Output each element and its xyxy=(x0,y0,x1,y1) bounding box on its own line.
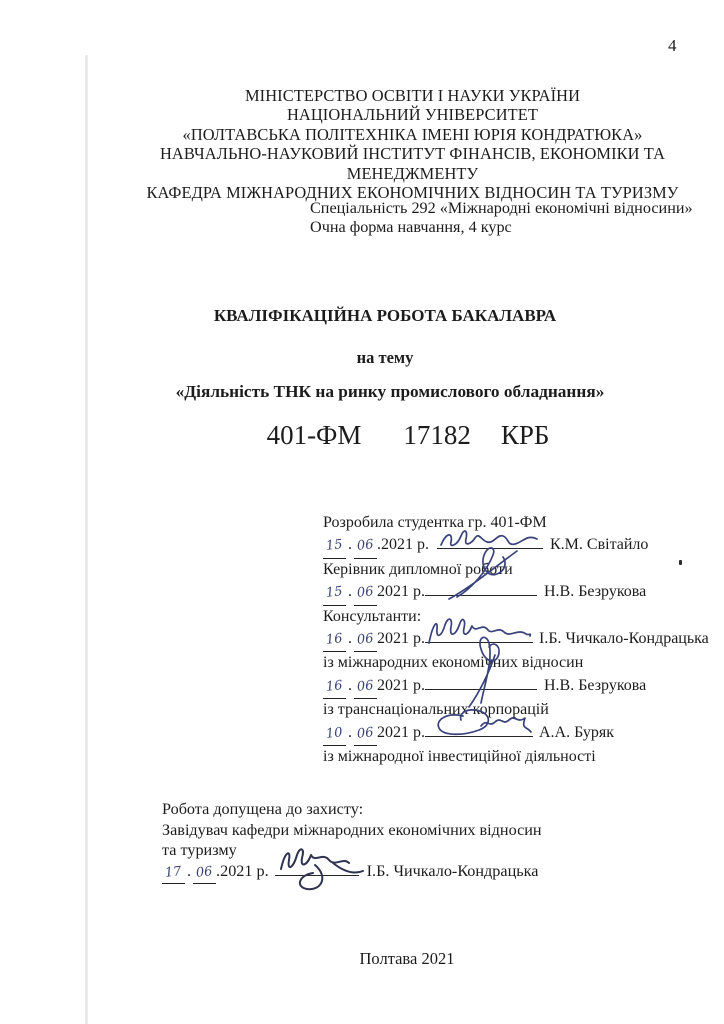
printed-year: .2021 р. xyxy=(216,862,269,880)
study-form-line: Очна форма навчання, 4 курс xyxy=(310,218,693,237)
work-type-code: КРБ xyxy=(501,420,550,450)
consultant1-name: І.Б. Чичкало-Кондрацька xyxy=(539,630,709,647)
printed-year: 2021 р. xyxy=(377,630,425,647)
handwritten-day: 10 xyxy=(323,722,346,746)
specialty-block: Спеціальність 292 «Міжнародні економічні… xyxy=(310,199,693,238)
page-number: 4 xyxy=(668,36,677,56)
handwritten-day: 16 xyxy=(323,675,346,699)
printed-year: .2021 р. xyxy=(377,536,429,553)
handwritten-month: 06 xyxy=(354,534,377,558)
approver-signature-row: 17.06.2021 р.І.Б. Чичкало-Кондрацька xyxy=(162,861,542,885)
header-line-university: НАЦІОНАЛЬНИЙ УНІВЕРСИТЕТ xyxy=(130,105,695,124)
developer-signature-row: 15.06.2021 р.К.М. Світайло xyxy=(323,534,709,558)
header-line-institute: НАВЧАЛЬНО-НАУКОВИЙ ІНСТИТУТ ФІНАНСІВ, ЕК… xyxy=(130,144,695,163)
printed-year: 2021 р. xyxy=(377,583,425,600)
handwritten-month: 06 xyxy=(354,722,377,746)
thesis-topic: «Діяльність ТНК на ринку промислового об… xyxy=(100,382,680,402)
specialty-line: Спеціальність 292 «Міжнародні економічні… xyxy=(310,199,693,218)
signature-line xyxy=(425,638,533,643)
admission-line-3: та туризму xyxy=(162,840,542,861)
work-type-title: КВАЛІФІКАЦІЙНА РОБОТА БАКАЛАВРА xyxy=(100,306,670,326)
document-page: 4 МІНІСТЕРСТВО ОСВІТИ І НАУКИ УКРАЇНИ НА… xyxy=(0,0,724,1024)
header-line-ministry: МІНІСТЕРСТВО ОСВІТИ І НАУКИ УКРАЇНИ xyxy=(130,86,695,105)
topic-preposition: на тему xyxy=(100,348,670,368)
handwritten-day: 15 xyxy=(323,534,346,558)
consultant3-signature-row: 10.062021 р.А.А. Буряк xyxy=(323,722,709,746)
handwritten-month: 06 xyxy=(354,628,377,652)
developer-label: Розробила студентка гр. 401-ФМ xyxy=(323,512,709,534)
handwritten-day: 17 xyxy=(162,861,185,885)
handwritten-month: 06 xyxy=(193,861,216,885)
printed-year: 2021 р. xyxy=(377,677,425,694)
consultant2-name: Н.В. Безрукова xyxy=(544,677,646,694)
consultant3-name: А.А. Буряк xyxy=(539,724,614,741)
signatures-block: Розробила студентка гр. 401-ФМ 15.06.202… xyxy=(323,512,709,768)
developer-name: К.М. Світайло xyxy=(550,536,648,553)
record-number: 17182 xyxy=(403,420,471,450)
admission-line-2: Завідувач кафедри міжнародних економічни… xyxy=(162,820,542,841)
approver-name: І.Б. Чичкало-Кондрацька xyxy=(367,862,539,880)
header-line-institute-2: МЕНЕДЖМЕНТУ xyxy=(130,164,695,183)
header-line-university-name: «ПОЛТАВСЬКА ПОЛІТЕХНІКА ІМЕНІ ЮРІЯ КОНДР… xyxy=(130,125,695,144)
scan-fold-artifact xyxy=(85,55,88,1024)
group-code: 401-ФМ xyxy=(267,420,362,450)
signature-line xyxy=(425,685,537,690)
consultant1-subject: із міжнародних економічних відносин xyxy=(323,652,709,674)
city-year-footer: Полтава 2021 xyxy=(90,949,724,969)
consultants-label: Консультанти: xyxy=(323,606,709,628)
supervisor-signature-row: 15.062021 р.Н.В. Безрукова xyxy=(323,581,709,605)
printed-year: 2021 р. xyxy=(377,724,425,741)
university-header: МІНІСТЕРСТВО ОСВІТИ І НАУКИ УКРАЇНИ НАЦІ… xyxy=(130,86,695,202)
consultant3-subject: із міжнародної інвестиційної діяльності xyxy=(323,746,709,768)
consultant2-signature-row: 16.062021 р.Н.В. Безрукова xyxy=(323,675,709,699)
admission-line-1: Робота допущена до захисту: xyxy=(162,799,542,820)
signature-line xyxy=(437,544,543,549)
handwritten-day: 15 xyxy=(323,581,346,605)
consultant1-signature-row: 16.062021 р.І.Б. Чичкало-Кондрацька xyxy=(323,628,709,652)
signature-line xyxy=(275,871,359,876)
signature-line xyxy=(425,732,533,737)
signature-line xyxy=(425,591,537,596)
handwritten-day: 16 xyxy=(323,628,346,652)
supervisor-name: Н.В. Безрукова xyxy=(544,583,646,600)
admission-block: Робота допущена до захисту: Завідувач ка… xyxy=(162,799,542,884)
supervisor-label: Керівник дипломної роботи xyxy=(323,559,709,581)
work-code-row: 401-ФМ17182КРБ xyxy=(120,420,696,451)
consultant2-subject: із транснаціональних корпорацій xyxy=(323,699,709,721)
handwritten-month: 06 xyxy=(354,675,377,699)
handwritten-month: 06 xyxy=(354,581,377,605)
